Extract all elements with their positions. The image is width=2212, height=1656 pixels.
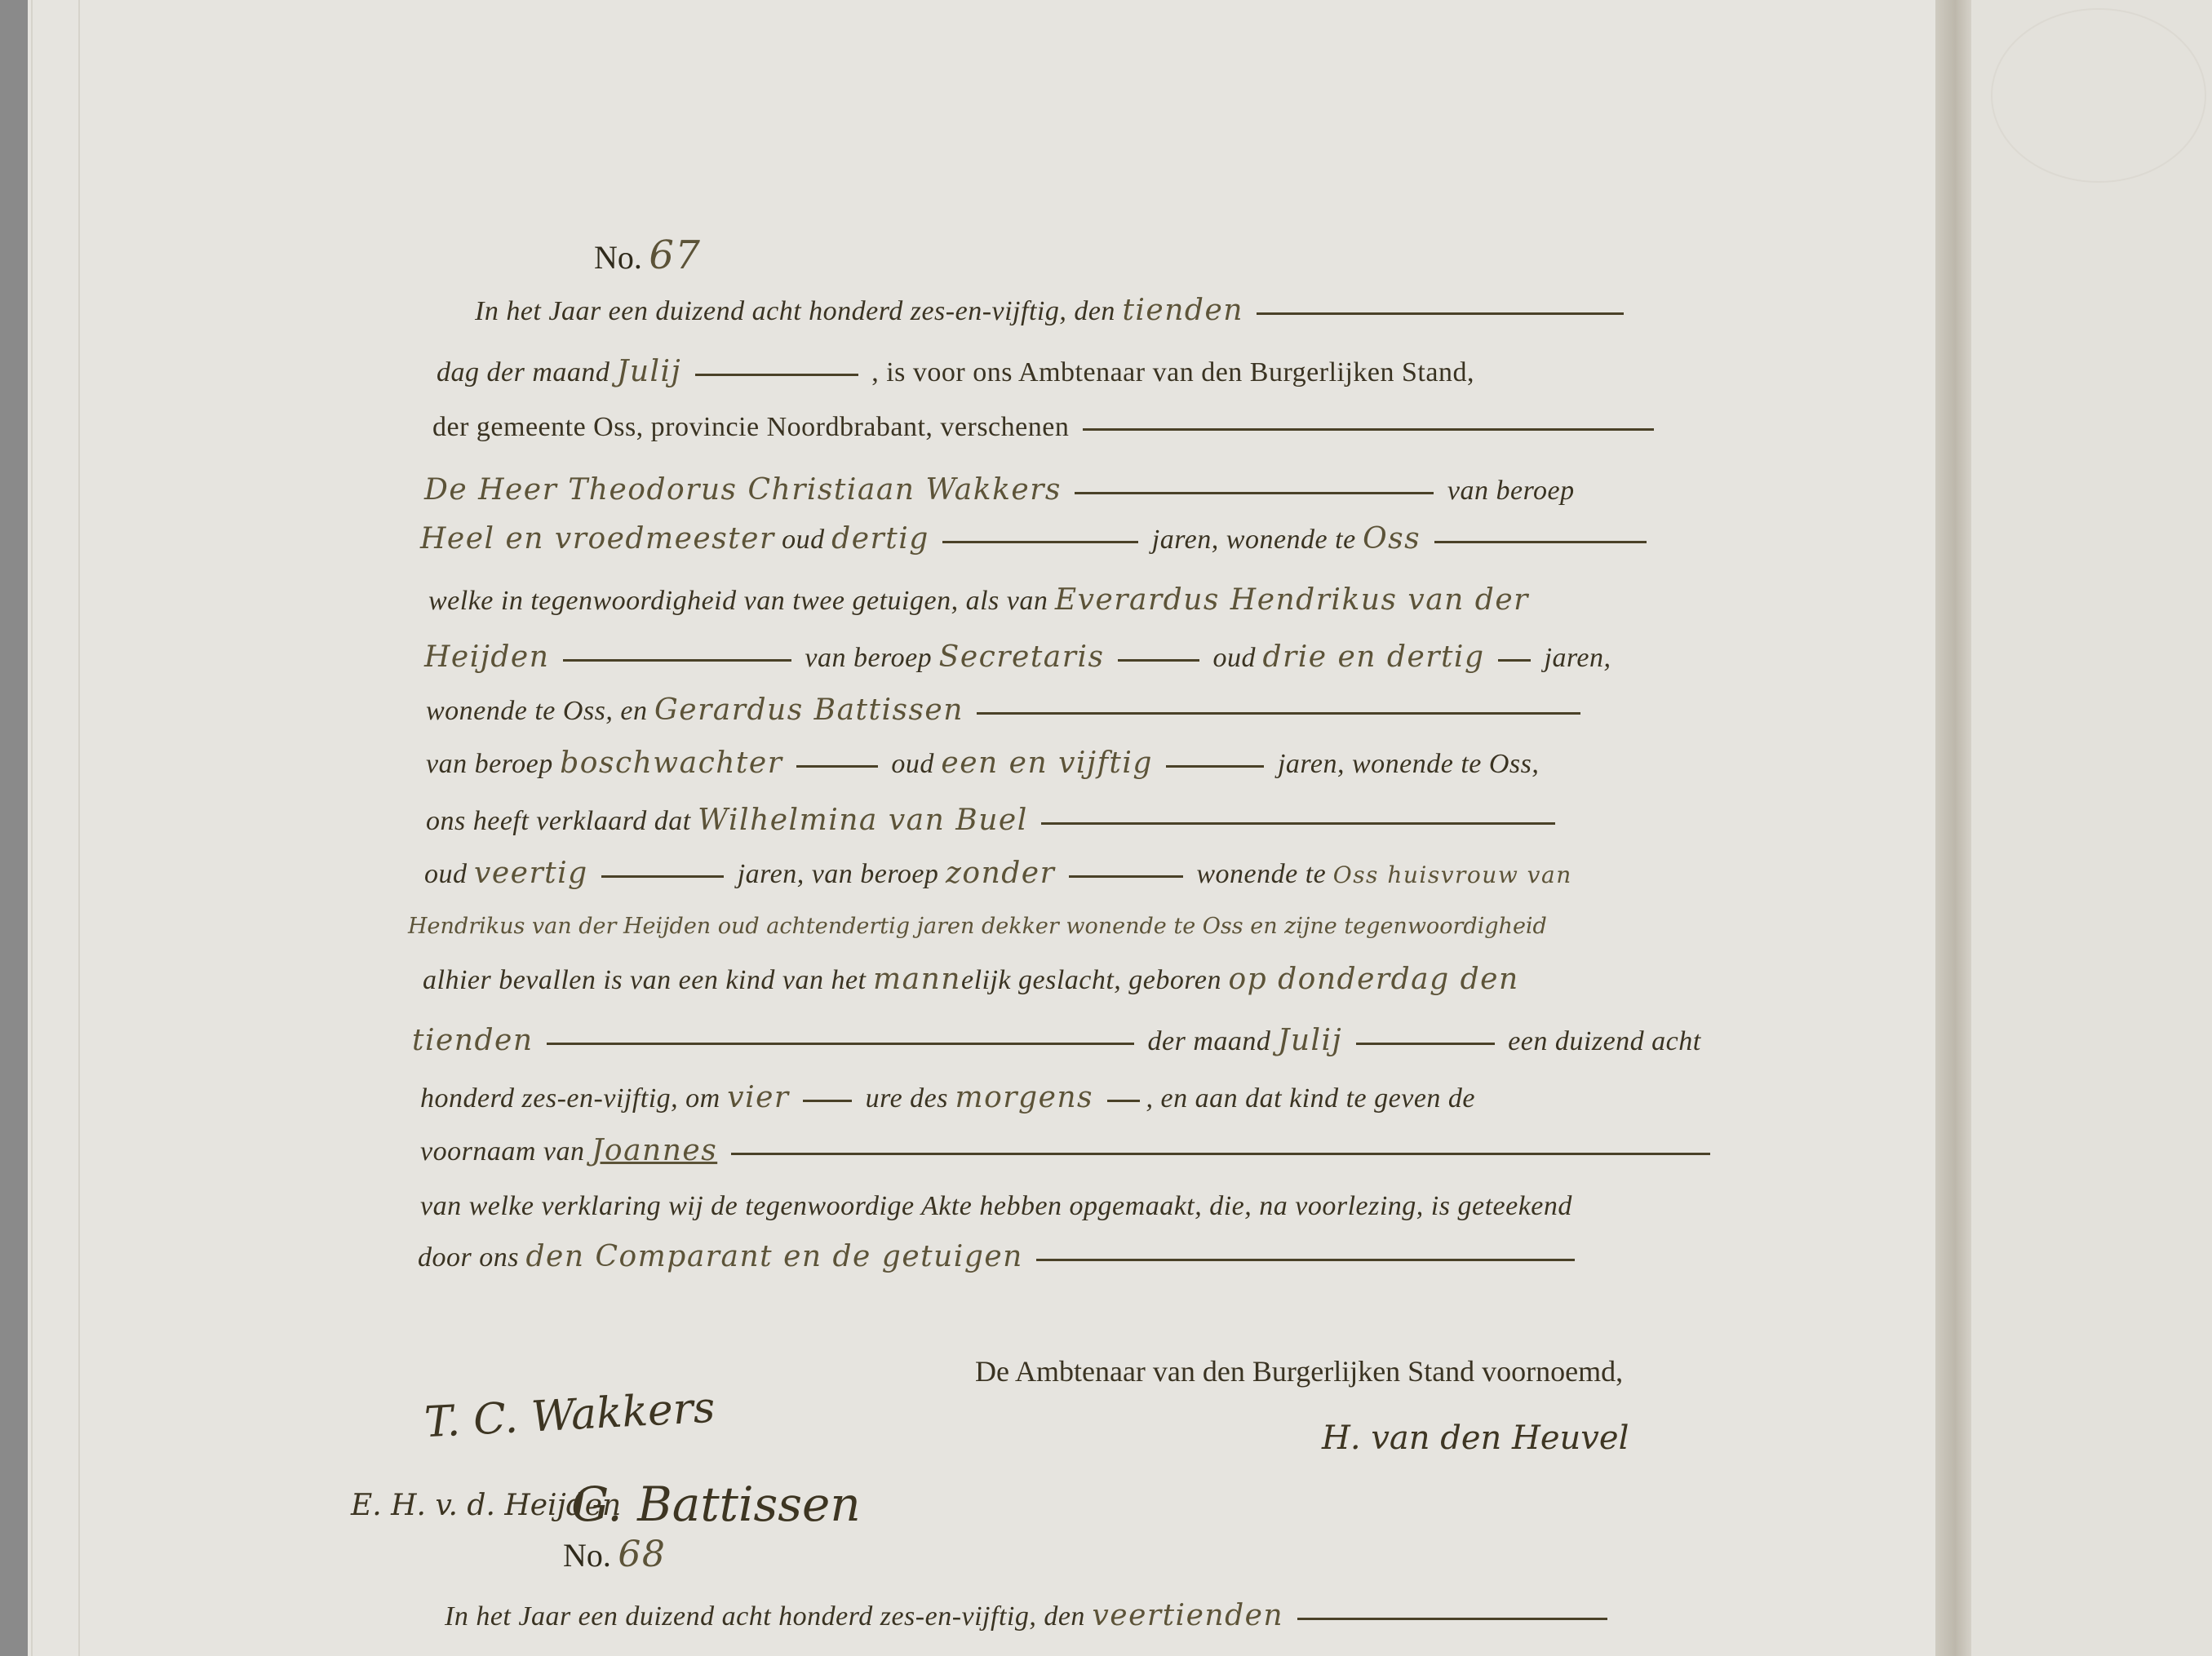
fill-line: [1041, 822, 1555, 825]
handwritten-mother-name: Wilhelmina van Buel: [698, 804, 1028, 837]
fill-line: [977, 712, 1580, 715]
text-line-11: oud veertig jaren, van beroep zonder won…: [424, 857, 1572, 890]
printed-text: jaren, wonende te Oss,: [1278, 749, 1539, 779]
handwritten-time-of-day: morgens: [955, 1081, 1094, 1114]
signature-officer: H. van den Heuvel: [1322, 1419, 1629, 1457]
fill-line: [1166, 765, 1264, 768]
printed-text: jaren, wonende te: [1152, 525, 1356, 555]
page-edge-line: [31, 0, 33, 1656]
fill-line: [601, 875, 724, 878]
printed-text: oud: [424, 859, 468, 889]
handwritten-witness-1: Everardus Hendrikus van der: [1055, 583, 1529, 617]
embossed-seal: [1991, 8, 2206, 183]
printed-text: alhier bevallen is van een kind van het: [423, 965, 867, 995]
record-number-value: 67: [649, 232, 701, 278]
handwritten-day: tienden: [1122, 294, 1243, 327]
handwritten-declarant-name: De Heer Theodorus Christiaan Wakkers: [424, 473, 1062, 507]
fill-line: [1434, 541, 1647, 543]
fill-line: [1075, 492, 1434, 494]
signature-witness-2: G. Battissen: [571, 1477, 861, 1532]
handwritten-sex: mann: [873, 963, 961, 996]
printed-text: In het Jaar een duizend acht honderd zes…: [475, 296, 1115, 326]
fill-line: [563, 659, 791, 662]
fill-line: [1118, 659, 1199, 662]
printed-text: ons heeft verklaard dat: [426, 806, 691, 836]
printed-text: dag der maand: [437, 357, 610, 387]
fill-line: [1083, 428, 1654, 431]
handwritten-month: Julij: [1278, 1024, 1342, 1057]
printed-text: jaren, van beroep: [738, 859, 939, 889]
scanner-background-margin: [0, 0, 28, 1656]
handwritten-residence: Oss: [1363, 522, 1421, 556]
text-line-3: der gemeente Oss, provincie Noordbrabant…: [432, 412, 1660, 443]
record-number-value: 68: [618, 1534, 666, 1575]
handwritten-age: een en vijftig: [941, 746, 1153, 780]
text-line-12: Hendrikus van der Heijden oud achtendert…: [408, 910, 1547, 941]
handwritten-husband-details: Hendrikus van der Heijden oud achtendert…: [408, 914, 1547, 939]
text-line-8: wonende te Oss, en Gerardus Battissen: [426, 693, 1587, 727]
fill-line: [1069, 875, 1183, 878]
handwritten-age: veertig: [474, 857, 588, 890]
printed-text: van welke verklaring wij de tegenwoordig…: [420, 1191, 1572, 1221]
handwritten-given-name: Joannes: [592, 1134, 717, 1167]
fill-line: [1036, 1259, 1575, 1261]
text-line-4: De Heer Theodorus Christiaan Wakkers van…: [424, 473, 1575, 507]
next-record-number: No. 68: [563, 1534, 666, 1575]
next-record-line-1: In het Jaar een duizend acht honderd zes…: [445, 1599, 1614, 1632]
printed-text: wonende te: [1196, 859, 1326, 889]
printed-text: voornaam van: [420, 1136, 584, 1167]
printed-text: der maand: [1148, 1026, 1271, 1056]
record-number-label: No.: [594, 239, 642, 276]
fill-line: [803, 1100, 852, 1102]
printed-text: door ons: [418, 1242, 519, 1273]
fill-line: [731, 1153, 1710, 1155]
text-line-6: welke in tegenwoordigheid van twee getui…: [428, 583, 1529, 617]
text-line-7: Heijden van beroep Secretaris oud drie e…: [424, 640, 1611, 674]
printed-text: oud: [1212, 643, 1256, 673]
printed-text: van beroep: [1447, 476, 1575, 506]
page-edge-line: [78, 0, 80, 1656]
text-line-14: tienden der maand Julij een duizend acht: [412, 1024, 1701, 1057]
fill-line: [796, 765, 878, 768]
printed-text: oud: [782, 525, 825, 555]
handwritten-hour: vier: [727, 1081, 789, 1114]
printed-text: ure des: [866, 1083, 948, 1114]
printed-text: wonende te Oss, en: [426, 696, 648, 726]
printed-text: honderd zes-en-vijftig, om: [420, 1083, 720, 1114]
printed-text: een duizend acht: [1508, 1026, 1701, 1056]
text-line-15: honderd zes-en-vijftig, om vier ure des …: [420, 1081, 1475, 1114]
text-line-17: van welke verklaring wij de tegenwoordig…: [420, 1191, 1572, 1222]
text-line-18: door ons den Comparant en de getuigen: [418, 1240, 1581, 1273]
printed-text: van beroep: [426, 749, 553, 779]
fill-line: [1107, 1100, 1140, 1102]
printed-text: van beroep: [805, 643, 932, 673]
text-line-13: alhier bevallen is van een kind van het …: [423, 963, 1519, 996]
handwritten-age: dertig: [831, 522, 929, 556]
printed-text: welke in tegenwoordigheid van twee getui…: [428, 586, 1048, 616]
handwritten-occupation: Secretaris: [939, 640, 1105, 674]
handwritten-witness-2: Gerardus Battissen: [654, 693, 964, 727]
printed-text: In het Jaar een duizend acht honderd zes…: [445, 1601, 1085, 1632]
fill-line: [942, 541, 1138, 543]
text-line-1: In het Jaar een duizend acht honderd zes…: [475, 294, 1630, 327]
printed-text: , is voor ons Ambtenaar van den Burgerli…: [871, 357, 1474, 387]
printed-text: oud: [891, 749, 934, 779]
handwritten-birth-day: op donderdag den: [1228, 963, 1518, 996]
text-line-10: ons heeft verklaard dat Wilhelmina van B…: [426, 804, 1562, 837]
text-line-5: Heel en vroedmeester oud dertig jaren, w…: [420, 522, 1653, 556]
text-line-9: van beroep boschwachter oud een en vijft…: [426, 746, 1539, 780]
text-line-2: dag der maand Julij , is voor ons Ambten…: [437, 355, 1474, 388]
fill-line: [695, 374, 858, 376]
text-line-16: voornaam van Joannes: [420, 1134, 1717, 1167]
handwritten-residence: Oss huisvrouw van: [1333, 861, 1572, 888]
fill-line: [1257, 312, 1624, 315]
handwritten-month: Julij: [617, 355, 681, 388]
record-number-label: No.: [563, 1537, 611, 1574]
fill-line: [1356, 1043, 1495, 1045]
handwritten-signers: den Comparant en de getuigen: [525, 1240, 1022, 1273]
printed-text: elijk geslacht, geboren: [961, 965, 1221, 995]
officer-label: De Ambtenaar van den Burgerlijken Stand …: [975, 1354, 1623, 1388]
printed-text: jaren,: [1545, 643, 1611, 673]
handwritten-occupation: Heel en vroedmeester: [420, 522, 775, 556]
fill-line: [1297, 1618, 1607, 1620]
page-fold-shadow: [1935, 0, 1971, 1656]
handwritten-age: drie en dertig: [1262, 640, 1484, 674]
printed-text: der gemeente Oss, provincie Noordbrabant…: [432, 412, 1069, 442]
handwritten-witness-1-surname: Heijden: [424, 640, 549, 674]
printed-text: , en aan dat kind te geven de: [1146, 1083, 1475, 1114]
fill-line: [547, 1043, 1134, 1045]
handwritten-day: veertienden: [1092, 1599, 1283, 1632]
facing-page: [1971, 0, 2212, 1656]
handwritten-occupation: boschwachter: [560, 746, 782, 780]
record-number: No. 67: [594, 232, 701, 278]
fill-line: [1498, 659, 1531, 662]
handwritten-occupation: zonder: [946, 857, 1055, 890]
handwritten-day: tienden: [412, 1024, 534, 1057]
